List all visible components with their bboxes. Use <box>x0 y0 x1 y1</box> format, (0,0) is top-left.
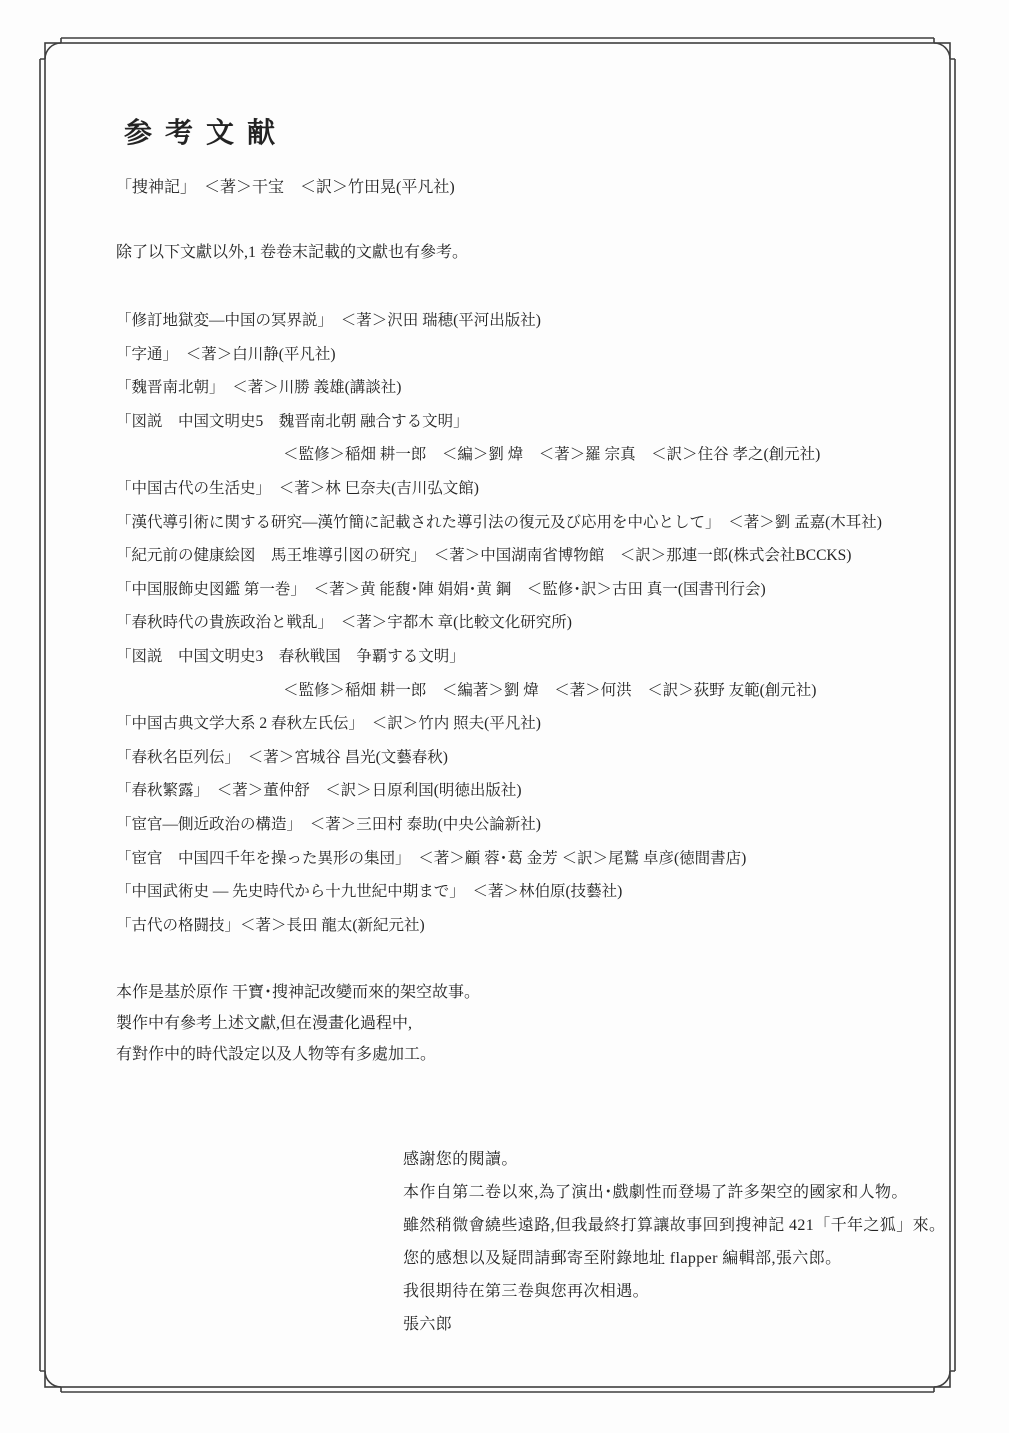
bibliography-entry: 「図説 中国文明史3 春秋戦国 争覇する文明」 <box>116 640 882 674</box>
reference-note: 除了以下文獻以外,1 卷卷末記載的文獻也有參考。 <box>116 239 468 262</box>
bibliography-list: 「修訂地獄変—中国の冥界説」 ＜著＞沢田 瑞穂(平河出版社) 「字通」 ＜著＞白… <box>116 304 882 942</box>
frame-corner-arc-br <box>934 1371 950 1387</box>
bibliography-entry: 「宦官 中国四千年を操った異形の集団」 ＜著＞顧 蓉･葛 金芳 ＜訳＞尾鷲 卓彦… <box>116 842 882 876</box>
frame-corner-arc-tl <box>45 43 61 59</box>
closing-line: 本作自第二卷以來,為了演出･戲劇性而登場了許多架空的國家和人物。 <box>403 1176 945 1209</box>
bibliography-entry: 「宦官—側近政治の構造」 ＜著＞三田村 泰助(中央公論新社) <box>116 808 882 842</box>
bibliography-entry: 「漢代導引術に関する研究—漢竹簡に記載された導引法の復元及び応用を中心として」 … <box>116 506 882 540</box>
bibliography-entry: 「修訂地獄変—中国の冥界説」 ＜著＞沢田 瑞穂(平河出版社) <box>116 304 882 338</box>
bibliography-entry: 「魏晋南北朝」 ＜著＞川勝 義雄(講談社) <box>116 371 882 405</box>
frame-corner-arc-bl <box>45 1371 61 1387</box>
bibliography-entry-contributors: ＜監修＞稲畑 耕一郎 ＜編＞劉 煒 ＜著＞羅 宗真 ＜訳＞住谷 孝之(創元社) <box>116 438 882 472</box>
closing-line: 我很期待在第三卷與您再次相遇。 <box>403 1275 945 1308</box>
bibliography-entry: 「図説 中国文明史5 魏晋南北朝 融合する文明」 <box>116 405 882 439</box>
page-title: 参考文献 <box>124 111 288 151</box>
bibliography-entry: 「春秋繁露」 ＜著＞董仲舒 ＜訳＞日原利国(明徳出版社) <box>116 774 882 808</box>
bibliography-entry: 「中国古代の生活史」 ＜著＞林 巳奈夫(吉川弘文館) <box>116 472 882 506</box>
afterword-line: 製作中有參考上述文獻,但在漫畫化過程中, <box>116 1008 480 1039</box>
afterword-line: 有對作中的時代設定以及人物等有多處加工。 <box>116 1039 480 1070</box>
bibliography-entry-contributors: ＜監修＞稲畑 耕一郎 ＜編著＞劉 煒 ＜著＞何洪 ＜訳＞荻野 友範(創元社) <box>116 674 882 708</box>
bibliography-entry: 「中国古典文学大系 2 春秋左氏伝」 ＜訳＞竹内 照夫(平凡社) <box>116 707 882 741</box>
closing-message: 感謝您的閱讀。 本作自第二卷以來,為了演出･戲劇性而登場了許多架空的國家和人物。… <box>403 1143 945 1341</box>
afterword-paragraph: 本作是基於原作 干寶･搜神記改變而來的架空故事。 製作中有參考上述文獻,但在漫畫… <box>116 977 480 1070</box>
bibliography-entry: 「中国服飾史図鑑 第一巻」 ＜著＞黄 能馥･陣 娟娟･黄 鋼 ＜監修･訳＞古田 … <box>116 573 882 607</box>
primary-reference-entry: 「捜神記」 ＜著＞干宝 ＜訳＞竹田晃(平凡社) <box>116 174 455 197</box>
closing-signature: 張六郎 <box>403 1308 945 1341</box>
bibliography-entry: 「古代の格闘技」＜著＞長田 龍太(新紀元社) <box>116 909 882 943</box>
bibliography-entry: 「紀元前の健康絵図 馬王堆導引図の研究」 ＜著＞中国湖南省博物館 ＜訳＞那連一郎… <box>116 539 882 573</box>
bibliography-entry: 「字通」 ＜著＞白川静(平凡社) <box>116 338 882 372</box>
afterword-line: 本作是基於原作 干寶･搜神記改變而來的架空故事。 <box>116 977 480 1008</box>
bibliography-entry: 「春秋名臣列伝」 ＜著＞宮城谷 昌光(文藝春秋) <box>116 741 882 775</box>
closing-line: 雖然稍微會繞些遠路,但我最終打算讓故事回到搜神記 421「千年之狐」來。 <box>403 1209 945 1242</box>
frame-corner-arc-tr <box>934 43 950 59</box>
closing-line: 感謝您的閱讀。 <box>403 1143 945 1176</box>
bibliography-entry: 「中国武術史 — 先史時代から十九世紀中期まで」 ＜著＞林伯原(技藝社) <box>116 875 882 909</box>
bibliography-entry: 「春秋時代の貴族政治と戦乱」 ＜著＞宇都木 章(比較文化研究所) <box>116 606 882 640</box>
closing-line: 您的感想以及疑問請郵寄至附錄地址 flapper 編輯部,張六郎。 <box>403 1242 945 1275</box>
